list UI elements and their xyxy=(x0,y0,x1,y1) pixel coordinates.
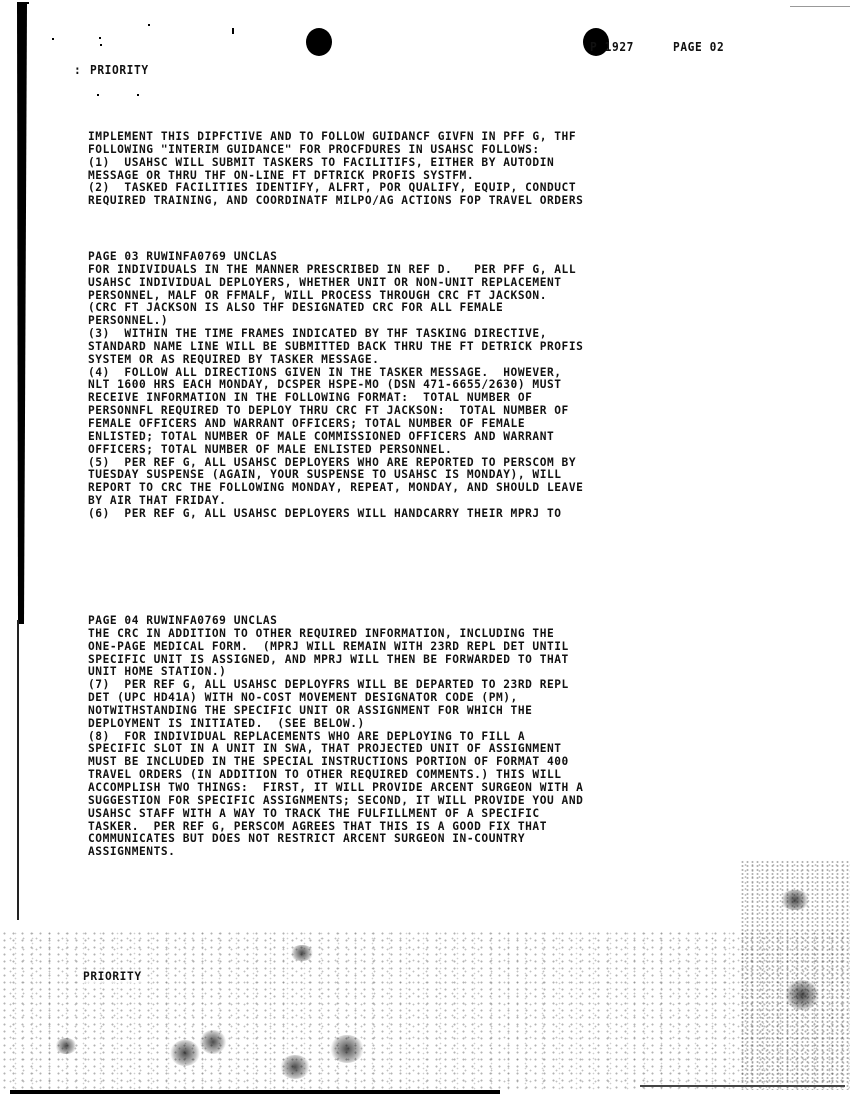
scan-speck xyxy=(99,37,101,39)
scan-speck xyxy=(97,94,99,96)
top-edge-rule xyxy=(790,6,850,7)
precedence-top: PRIORITY xyxy=(90,63,149,77)
scan-blot xyxy=(200,1030,226,1054)
binding-edge-line xyxy=(17,620,19,920)
message-number: P 1927 xyxy=(590,40,634,54)
scanned-message-page: P 1927 PAGE 02 : PRIORITY IMPLEMENT THIS… xyxy=(0,0,850,1099)
scan-speck xyxy=(148,24,150,26)
paragraph-block-1: IMPLEMENT THIS DIPFCTIVE AND TO FOLLOW G… xyxy=(88,131,583,208)
scan-noise-area xyxy=(0,930,850,1090)
paragraph-block-3: PAGE 04 RUWINFA0769 UNCLAS THE CRC IN AD… xyxy=(88,615,583,859)
scan-blot xyxy=(55,1038,77,1054)
page-number-label: PAGE 02 xyxy=(673,40,724,54)
text-line: (6) PER REF G, ALL USAHSC DEPLOYERS WILL… xyxy=(88,508,583,521)
paragraph-block-2: PAGE 03 RUWINFA0769 UNCLAS FOR INDIVIDUA… xyxy=(88,251,583,521)
bottom-edge-rule-right xyxy=(640,1085,845,1087)
text-line: ASSIGNMENTS. xyxy=(88,846,583,859)
bottom-edge-rule xyxy=(10,1090,500,1094)
scan-blot xyxy=(170,1040,200,1066)
scan-speck xyxy=(137,94,139,96)
scan-speck xyxy=(100,44,102,46)
scan-blot xyxy=(330,1035,364,1063)
text-line: REQUIRED TRAINING, AND COORDINATF MILPO/… xyxy=(88,195,583,208)
scan-blot xyxy=(780,890,810,910)
scan-speck xyxy=(232,28,234,34)
scan-blot xyxy=(290,945,314,961)
scan-speck xyxy=(52,38,54,40)
precedence-bottom: PRIORITY xyxy=(83,970,142,983)
scan-blot xyxy=(785,980,819,1010)
punch-hole-left xyxy=(306,28,332,56)
scan-blot xyxy=(280,1055,310,1079)
speck-mark: : xyxy=(74,63,81,77)
binding-edge-shadow xyxy=(17,4,27,624)
